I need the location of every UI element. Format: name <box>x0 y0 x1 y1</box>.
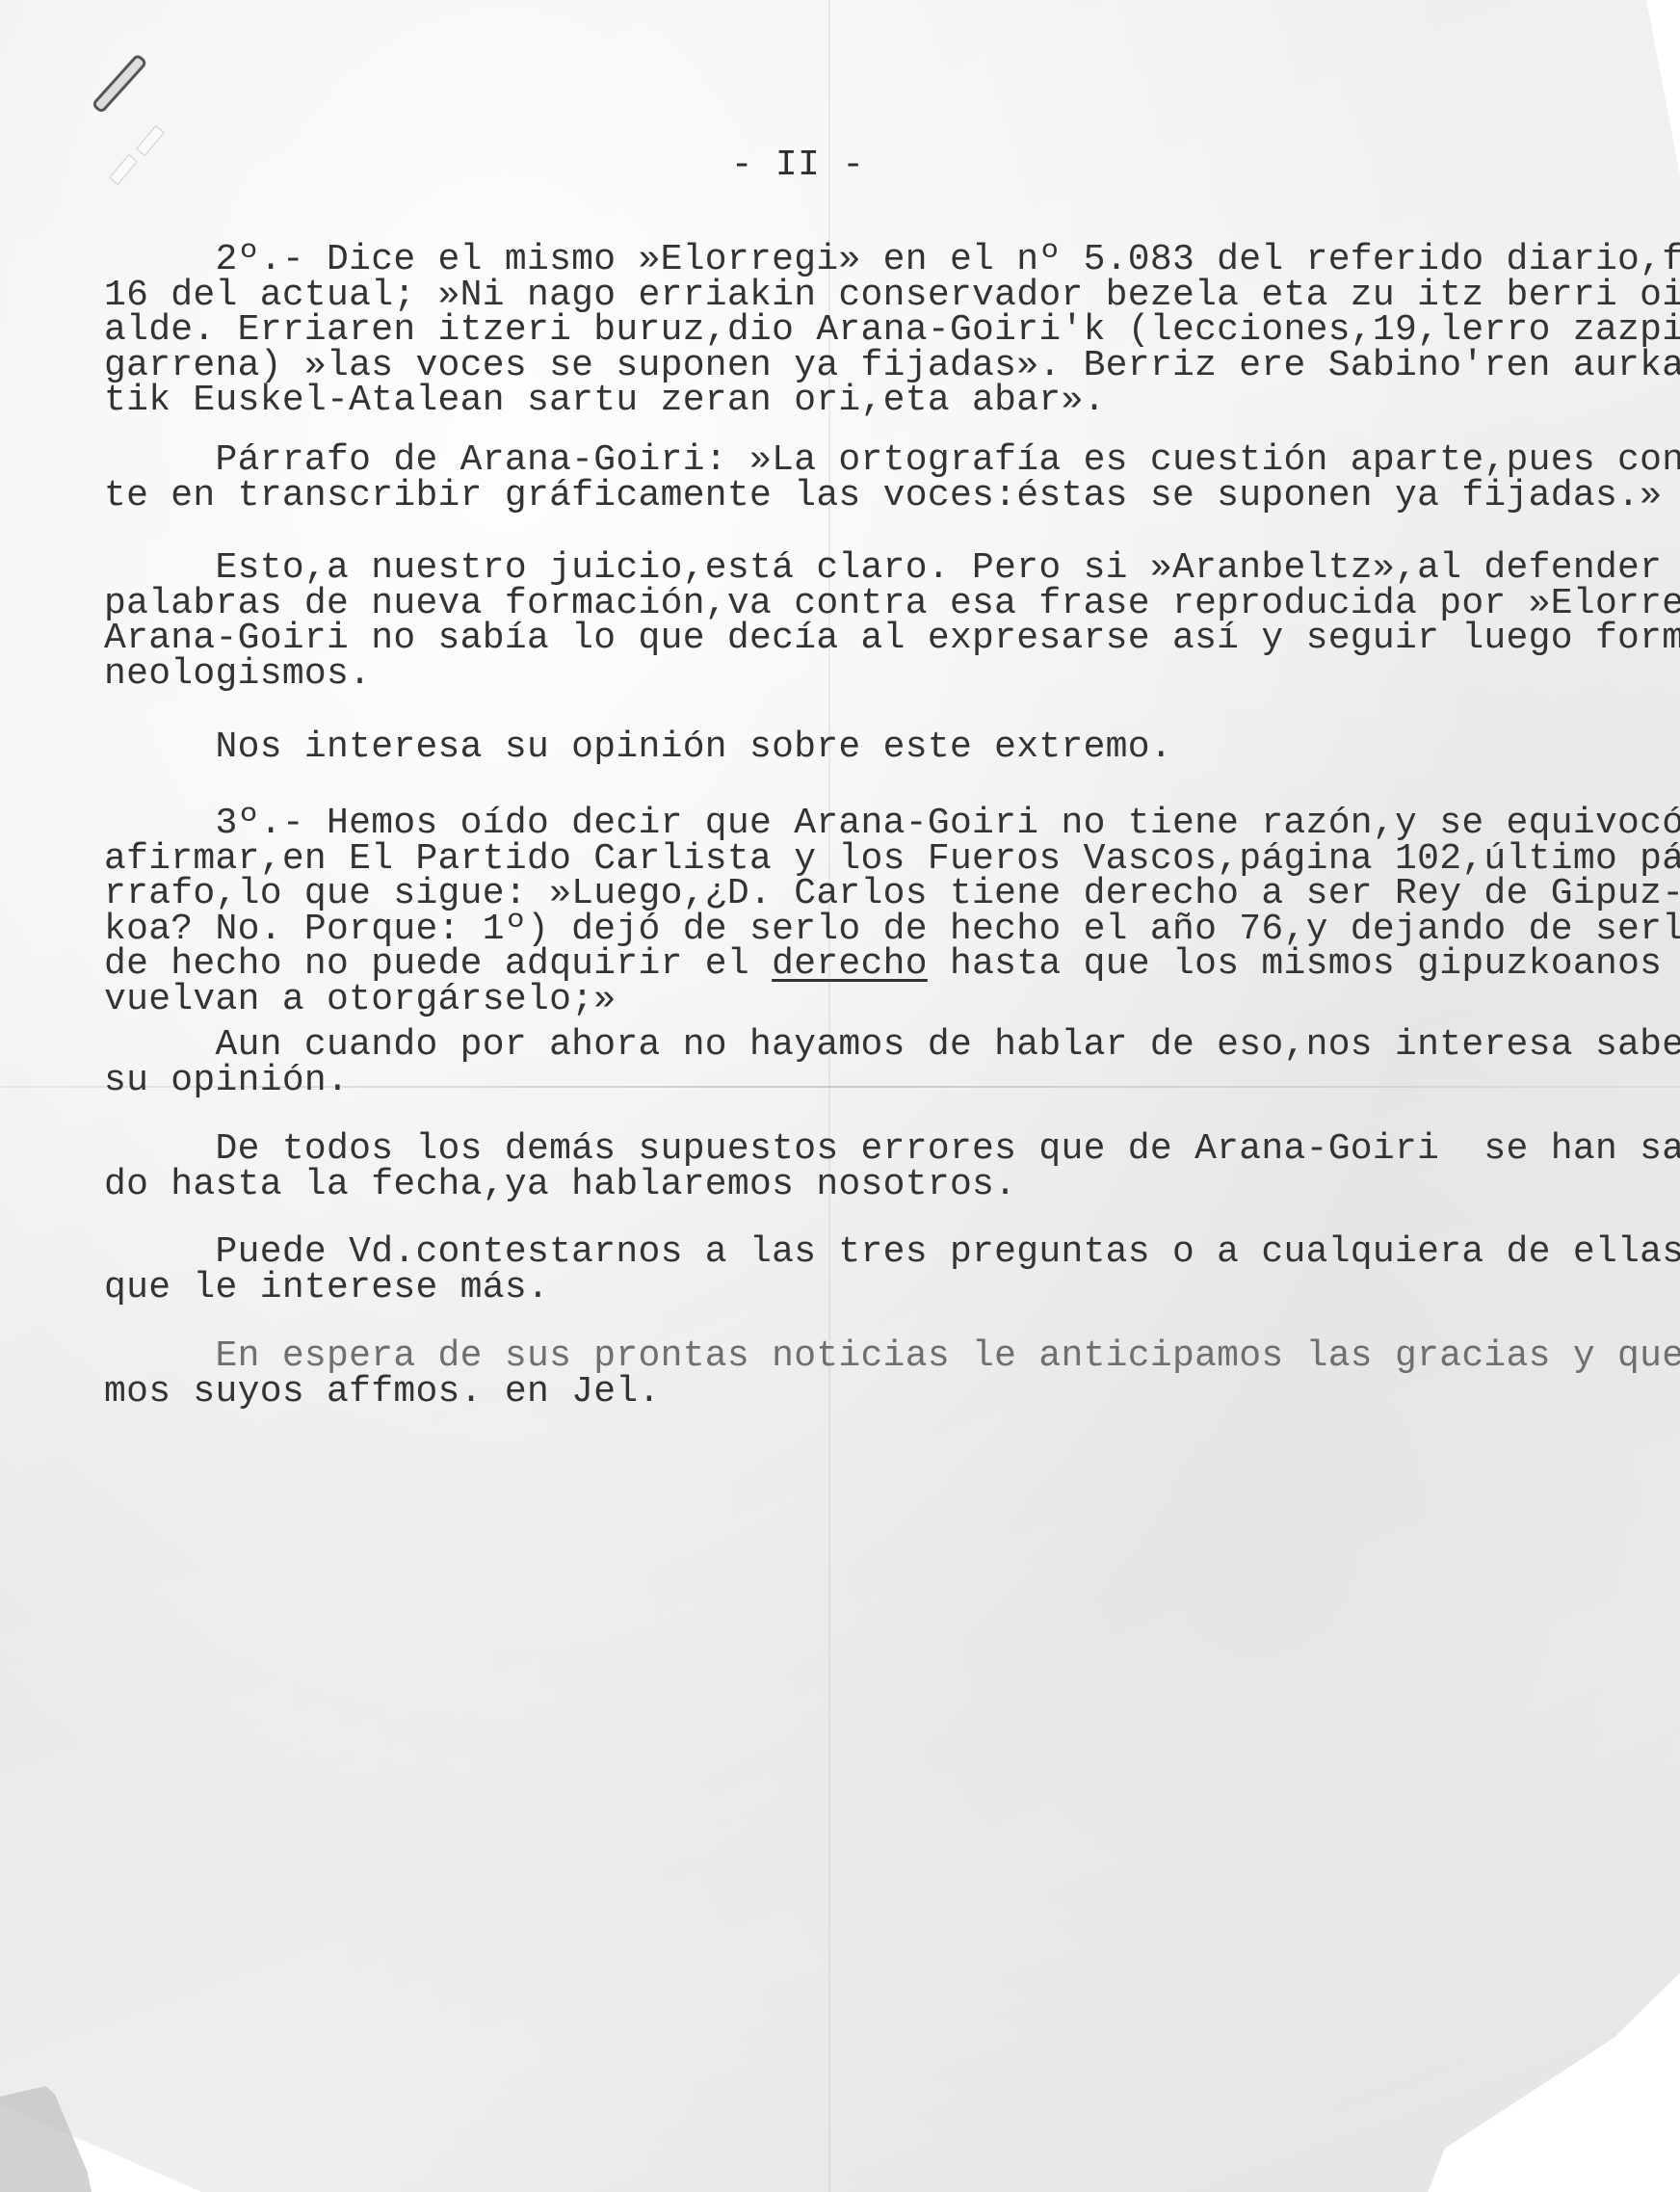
paragraph-aranbeltz: Esto,a nuestro juicio,está claro. Pero s… <box>104 551 1680 692</box>
text-line: mos suyos affmos. en Jel. <box>104 1375 1680 1411</box>
text-line: De todos los demás supuestos errores que… <box>104 1132 1680 1168</box>
text-line: te en transcribir gráficamente las voces… <box>104 479 1680 515</box>
text-line: koa? No. Porque: 1º) dejó de serlo de he… <box>104 912 1680 948</box>
text-line: Nos interesa su opinión sobre este extre… <box>104 730 1172 766</box>
text-line: afirmar,en El Partido Carlista y los Fue… <box>104 842 1680 878</box>
text-line: palabras de nueva formación,va contra es… <box>104 587 1680 622</box>
text-line: Arana-Goiri no sabía lo que decía al exp… <box>104 621 1680 657</box>
text-line: En espera de sus prontas noticias le ant… <box>104 1339 1680 1375</box>
text-line: vuelvan a otorgárselo;» <box>104 983 1680 1018</box>
text-line: de hecho no puede adquirir el derecho ha… <box>104 947 1680 983</box>
paragraph-answer-request: Puede Vd.contestarnos a las tres pregunt… <box>104 1235 1680 1306</box>
text-line: rrafo,lo que sigue: »Luego,¿D. Carlos ti… <box>104 877 1680 912</box>
text-line: Párrafo de Arana-Goiri: »La ortografía e… <box>104 443 1680 479</box>
paragraph-aun-cuando: Aun cuando por ahora no hayamos de habla… <box>104 1028 1680 1098</box>
text-line: su opinión. <box>104 1064 1680 1099</box>
text-line: neologismos. <box>104 657 1680 693</box>
text-segment: hasta que los mismos gipuzkoanos <box>928 943 1662 985</box>
underlined-word: derecho <box>772 943 928 985</box>
text-line: 16 del actual; »Ni nago erriakin conserv… <box>104 278 1680 314</box>
paragraph-opinion-request: Nos interesa su opinión sobre este extre… <box>104 730 1172 766</box>
text-line: 2º.- Dice el mismo »Elorregi» en el nº 5… <box>104 243 1680 278</box>
text-line: tik Euskel-Atalean sartu zeran ori,eta a… <box>104 383 1680 419</box>
paragraph-closing: En espera de sus prontas noticias le ant… <box>104 1339 1680 1410</box>
paragraph-question-2: 2º.- Dice el mismo »Elorregi» en el nº 5… <box>104 243 1680 419</box>
text-line: Esto,a nuestro juicio,está claro. Pero s… <box>104 551 1680 587</box>
text-line: alde. Erriaren itzeri buruz,dio Arana-Go… <box>104 313 1680 349</box>
typewritten-letter: - II - 2º.- Dice el mismo »Elorregi» en … <box>0 0 1680 2192</box>
paragraph-arana-goiri-quote: Párrafo de Arana-Goiri: »La ortografía e… <box>104 443 1680 514</box>
text-line: Aun cuando por ahora no hayamos de habla… <box>104 1028 1680 1064</box>
text-line: Puede Vd.contestarnos a las tres pregunt… <box>104 1235 1680 1271</box>
text-line: 3º.- Hemos oído decir que Arana-Goiri no… <box>104 806 1680 842</box>
text-line: garrena) »las voces se suponen ya fijada… <box>104 349 1680 384</box>
text-line: que le interese más. <box>104 1271 1680 1307</box>
paragraph-question-3: 3º.- Hemos oído decir que Arana-Goiri no… <box>104 806 1680 1017</box>
paragraph-other-errors: De todos los demás supuestos errores que… <box>104 1132 1680 1202</box>
text-line: do hasta la fecha,ya hablaremos nosotros… <box>104 1168 1680 1203</box>
page-number: - II - <box>0 145 1638 186</box>
